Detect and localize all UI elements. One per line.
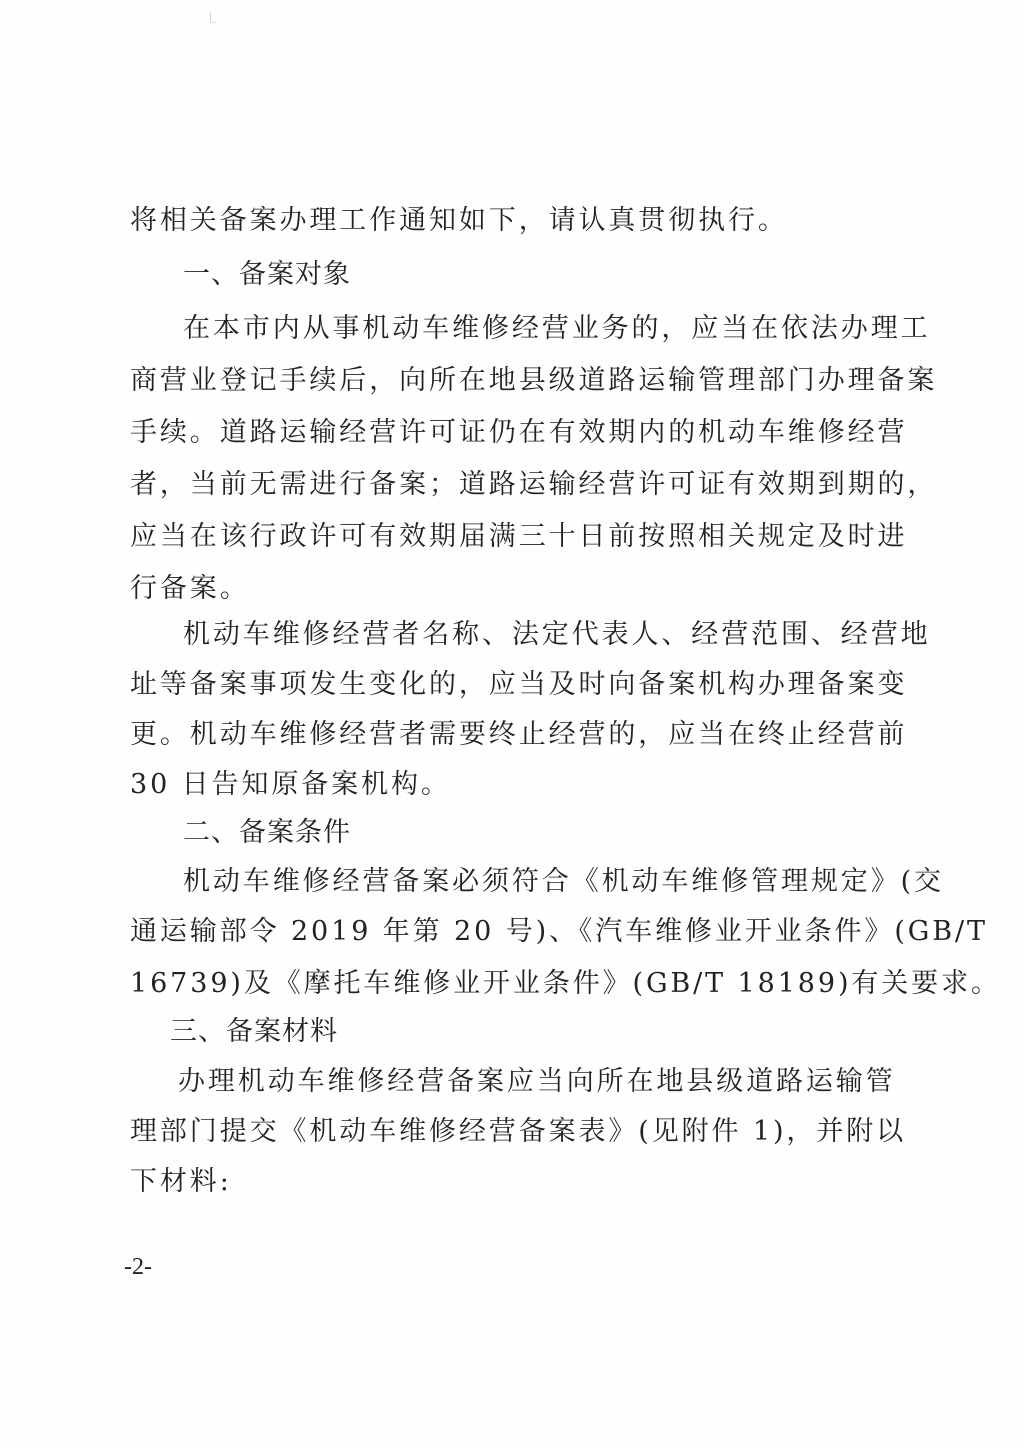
section-heading-2: 二、备案条件 xyxy=(183,813,890,853)
paragraph-line: 址等备案事项发生变化的，应当及时向备案机构办理备案变 xyxy=(130,665,890,705)
paragraph-line: 理部门提交《机动车维修经营备案表》(见附件 1)，并附以 xyxy=(130,1112,890,1152)
paragraph-line: 16739)及《摩托车维修业开业条件》(GB/T 18189)有关要求。 xyxy=(130,964,890,1004)
paragraph-line: 在本市内从事机动车维修经营业务的，应当在依法办理工 xyxy=(183,309,890,349)
paragraph-line: 应当在该行政许可有效期届满三十日前按照相关规定及时进 xyxy=(130,517,890,557)
paragraph-line: 商营业登记手续后，向所在地县级道路运输管理部门办理备案 xyxy=(130,361,890,401)
paragraph-line: 将相关备案办理工作通知如下，请认真贯彻执行。 xyxy=(130,201,890,241)
paragraph-line: 者，当前无需进行备案；道路运输经营许可证有效期到期的， xyxy=(130,465,890,505)
paragraph-line: 手续。道路运输经营许可证仍在有效期内的机动车维修经营 xyxy=(130,413,890,453)
section-heading-1: 一、备案对象 xyxy=(183,255,890,295)
paragraph-line: 机动车维修经营备案必须符合《机动车维修管理规定》(交 xyxy=(183,862,890,902)
paragraph-line: 行备案。 xyxy=(130,569,890,609)
paragraph-line: 办理机动车维修经营备案应当向所在地县级道路运输管 xyxy=(178,1062,890,1102)
paragraph-line: 更。机动车维修经营者需要终止经营的，应当在终止经营前 xyxy=(130,715,890,755)
scan-artifact xyxy=(210,12,217,23)
document-page: 将相关备案办理工作通知如下，请认真贯彻执行。 一、备案对象 在本市内从事机动车维… xyxy=(0,0,1024,1448)
paragraph-line: 机动车维修经营者名称、法定代表人、经营范围、经营地 xyxy=(183,615,890,655)
section-heading-3: 三、备案材料 xyxy=(170,1012,930,1052)
paragraph-line: 通运输部令 2019 年第 20 号)、《汽车维修业开业条件》(GB/T xyxy=(130,912,890,952)
paragraph-line: 下材料: xyxy=(130,1162,890,1202)
page-number: -2- xyxy=(124,1254,152,1281)
paragraph-line: 30 日告知原备案机构。 xyxy=(130,765,890,805)
